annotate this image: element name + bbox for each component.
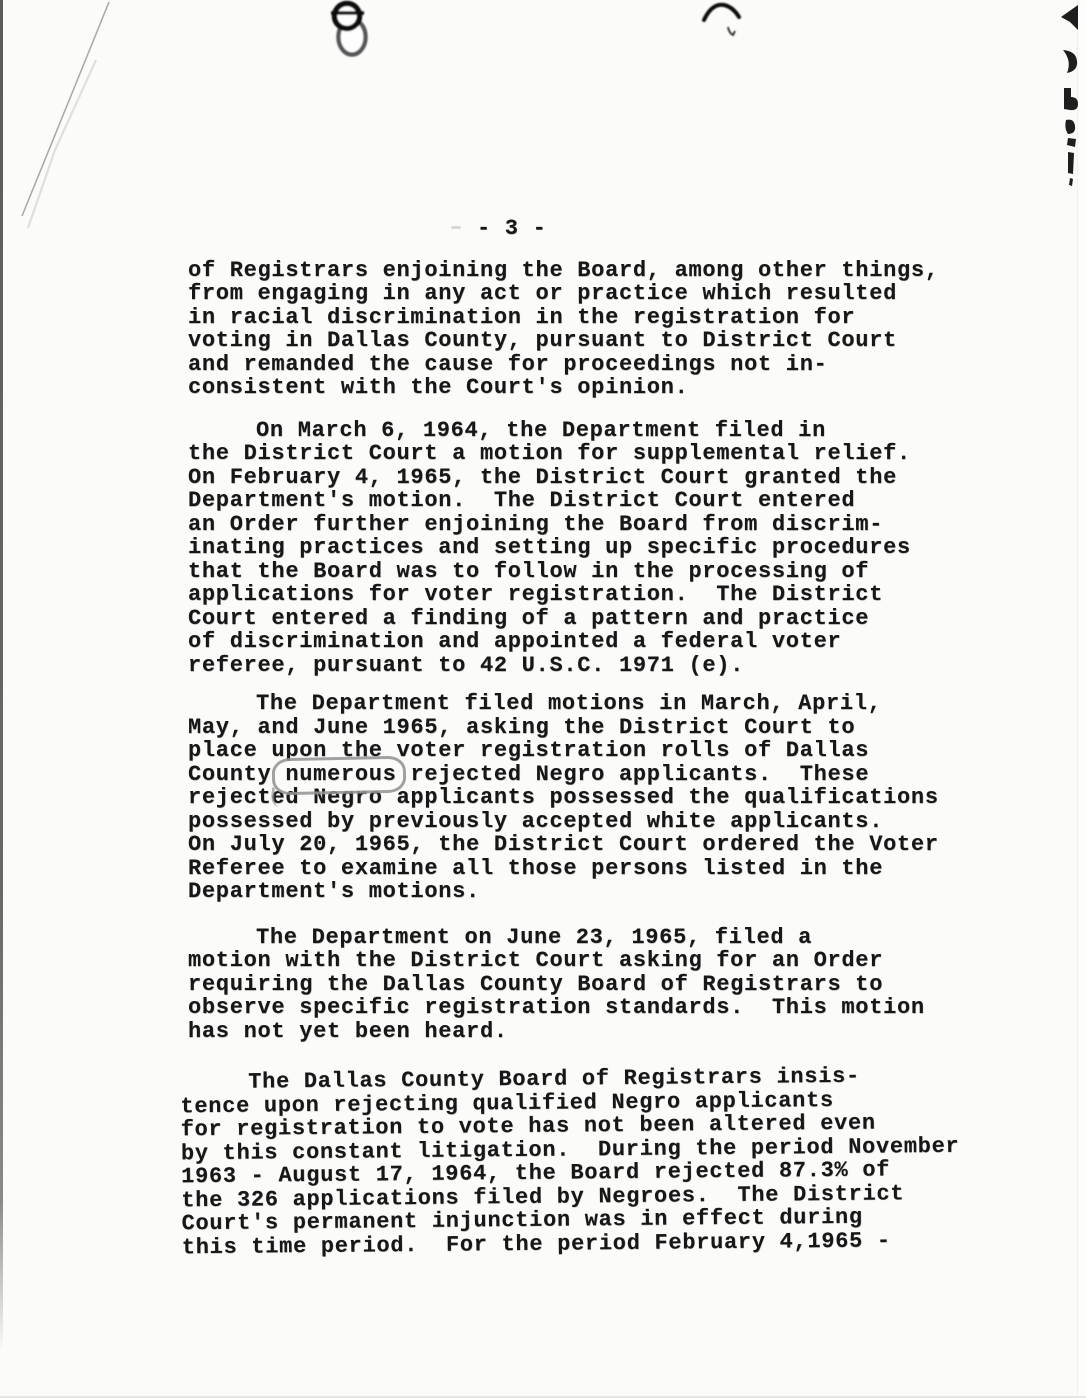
text-line: May, and June 1965, asking the District … xyxy=(188,716,1018,740)
text-line: Court entered a finding of a pattern and… xyxy=(188,607,1018,631)
edge-fragments xyxy=(1061,5,1078,186)
document-content: - 3 - of Registrars enjoining the Board,… xyxy=(188,217,1018,1256)
paragraph: The Department filed motions in March, A… xyxy=(188,692,1018,904)
text-line: voting in Dallas County, pursuant to Dis… xyxy=(188,329,1018,353)
text-line: The Department on June 23, 1965, filed a xyxy=(188,926,1018,950)
edge-fragment xyxy=(1068,152,1074,186)
text-line: On July 20, 1965, the District Court ord… xyxy=(188,833,1018,857)
text-line: observe specific registration standards.… xyxy=(188,996,1018,1020)
text-line: requiring the Dallas County Board of Reg… xyxy=(188,973,1018,997)
text-line: The Department filed motions in March, A… xyxy=(188,692,1018,716)
edge-fragment xyxy=(1063,50,1077,73)
scan-edge-left xyxy=(0,0,3,1365)
text-line: that the Board was to follow in the proc… xyxy=(188,560,1018,584)
scan-edge-right xyxy=(1077,0,1086,1398)
scanned-document-page: - 3 - of Registrars enjoining the Board,… xyxy=(0,0,1086,1398)
crease-line xyxy=(22,2,109,228)
text-line: and remanded the cause for proceedings n… xyxy=(188,353,1018,377)
text-line: County numerous rejected Negro applicant… xyxy=(188,763,1018,787)
paragraph: of Registrars enjoining the Board, among… xyxy=(188,259,1018,400)
text-line: Department's motion. The District Court … xyxy=(188,489,1018,513)
text-line: On March 6, 1964, the Department filed i… xyxy=(188,419,1018,443)
paragraph: On March 6, 1964, the Department filed i… xyxy=(188,419,1018,678)
paragraphs-container: of Registrars enjoining the Board, among… xyxy=(188,259,1018,1257)
text-line: motion with the District Court asking fo… xyxy=(188,949,1018,973)
text-segment: County xyxy=(188,762,285,787)
text-line: of discrimination and appointed a federa… xyxy=(188,630,1018,654)
edge-fragment xyxy=(1061,5,1078,30)
paragraph: The Department on June 23, 1965, filed a… xyxy=(188,926,1018,1044)
text-line: Department's motions. xyxy=(188,880,1018,904)
text-line: inating practices and setting up specifi… xyxy=(188,536,1018,560)
pen-circled-word: numerous xyxy=(285,763,396,787)
text-line: applications for voter registration. The… xyxy=(188,583,1018,607)
text-line: referee, pursuant to 42 U.S.C. 1971 (e). xyxy=(188,654,1018,678)
text-segment: rejected Negro applicants. These xyxy=(397,762,870,787)
text-line: has not yet been heard. xyxy=(188,1020,1018,1044)
pen-arc-mark xyxy=(704,5,739,35)
text-line: of Registrars enjoining the Board, among… xyxy=(188,259,1018,283)
text-line: possessed by previously accepted white a… xyxy=(188,810,1018,834)
text-line: from engaging in any act or practice whi… xyxy=(188,282,1018,306)
text-line: the District Court a motion for suppleme… xyxy=(188,442,1018,466)
paragraph: The Dallas County Board of Registrars in… xyxy=(180,1063,1019,1259)
text-line: in racial discrimination in the registra… xyxy=(188,306,1018,330)
text-line: Referee to examine all those persons lis… xyxy=(188,857,1018,881)
page-number: - 3 - xyxy=(477,217,1018,241)
text-line: an Order further enjoining the Board fro… xyxy=(188,513,1018,537)
text-line: On February 4, 1965, the District Court … xyxy=(188,466,1018,490)
edge-fragment xyxy=(1064,88,1078,110)
edge-fragment xyxy=(1065,120,1076,147)
text-line: consistent with the Court's opinion. xyxy=(188,376,1018,400)
ink-blot-mark xyxy=(331,4,366,55)
